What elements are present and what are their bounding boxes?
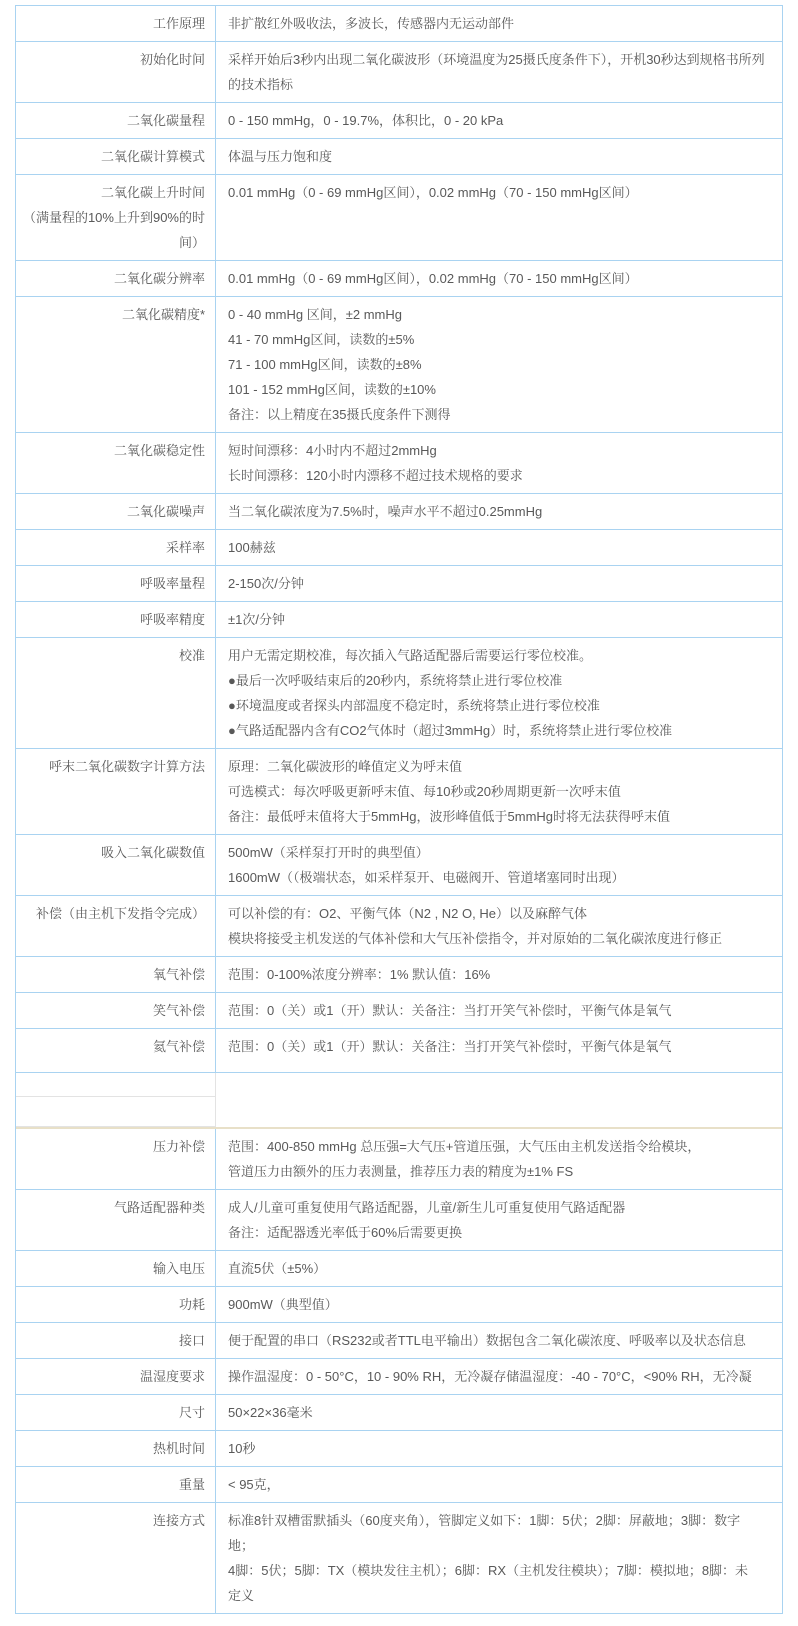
spec-row: 氦气补偿范围：0（关）或1（开）默认：关备注：当打开笑气补偿时，平衡气体是氧气 [16,1029,782,1073]
spec-value-cell: 用户无需定期校准，每次插入气路适配器后需要运行零位校准。●最后一次呼吸结束后的2… [216,638,782,748]
spec-label-cell: 初始化时间 [16,42,216,102]
spec-value-line: 标准8针双槽雷默插头（60度夹角），管脚定义如下：1脚：5伏；2脚：屏蔽地；3脚… [228,1508,774,1533]
spec-row: 压力补偿范围：400-850 mmHg 总压强=大气压+管道压强，大气压由主机发… [16,1128,782,1190]
spec-label-line: 初始化时间 [22,47,205,72]
spec-row: 呼吸率精度±1次/分钟 [16,602,782,638]
spec-value-line: 可以补偿的有：O2、平衡气体（N2 , N2 O, He）以及麻醉气体 [228,901,774,926]
spec-value-line: 备注：以上精度在35摄氏度条件下测得 [228,402,774,427]
spec-row: 二氧化碳上升时间（满量程的10%上升到90%的时间）0.01 mmHg（0 - … [16,175,782,261]
spec-label-line: 呼吸率精度 [22,607,205,632]
spec-label-line: 二氧化碳稳定性 [22,438,205,463]
spec-value-cell: 10秒 [216,1431,782,1466]
spec-label-cell: 温湿度要求 [16,1359,216,1394]
spec-row: 采样率100赫兹 [16,530,782,566]
spec-value-line: 范围：400-850 mmHg 总压强=大气压+管道压强，大气压由主机发送指令给… [228,1134,774,1159]
spec-value-line: 非扩散红外吸收法，多波长，传感器内无运动部件 [228,11,774,36]
spec-label-line: 压力补偿 [22,1134,205,1159]
spec-row: 尺寸50×22×36毫米 [16,1395,782,1431]
spec-row: 补偿（由主机下发指令完成）可以补偿的有：O2、平衡气体（N2 , N2 O, H… [16,896,782,957]
spec-value-cell: 非扩散红外吸收法，多波长，传感器内无运动部件 [216,6,782,41]
spec-row: 呼吸率量程2-150次/分钟 [16,566,782,602]
spec-value-cell: 采样开始后3秒内出现二氧化碳波形（环境温度为25摄氏度条件下），开机30秒达到规… [216,42,782,102]
spec-value-cell: 原理：二氧化碳波形的峰值定义为呼末值可选模式：每次呼吸更新呼末值、每10秒或20… [216,749,782,834]
spec-label-cell: 校准 [16,638,216,748]
spec-value-line: 成人/儿童可重复使用气路适配器，儿童/新生儿可重复使用气路适配器 [228,1195,774,1220]
spec-label-line: 间） [22,230,205,255]
spec-value-line: 当二氧化碳浓度为7.5%时，噪声水平不超过0.25mmHg [228,499,774,524]
spec-label-line: 输入电压 [22,1256,205,1281]
spec-value-line: 采样开始后3秒内出现二氧化碳波形（环境温度为25摄氏度条件下），开机30秒达到规… [228,47,774,72]
spec-value-line: 备注：适配器透光率低于60%后需要更换 [228,1220,774,1245]
spec-value-cell: 范围：0-100%浓度分辨率：1% 默认值：16% [216,957,782,992]
empty-gap-row [16,1073,782,1128]
spec-value-line: 50×22×36毫米 [228,1400,774,1425]
spec-label-line: 校准 [22,643,205,668]
spec-value-line: ●最后一次呼吸结束后的20秒内，系统将禁止进行零位校准 [228,668,774,693]
spec-label-line: 尺寸 [22,1400,205,1425]
spec-label-line: 工作原理 [22,11,205,36]
spec-value-line: 500mW（采样泵打开时的典型值） [228,840,774,865]
spec-row: 热机时间10秒 [16,1431,782,1467]
spec-value-cell: 50×22×36毫米 [216,1395,782,1430]
spec-row: 温湿度要求操作温湿度：0 - 50°C，10 - 90% RH，无冷凝存储温湿度… [16,1359,782,1395]
spec-row: 二氧化碳计算模式体温与压力饱和度 [16,139,782,175]
spec-label-cell: 氦气补偿 [16,1029,216,1072]
spec-value-cell: 便于配置的串口（RS232或者TTL电平输出）数据包含二氧化碳浓度、呼吸率以及状… [216,1323,782,1358]
spec-row: 氧气补偿范围：0-100%浓度分辨率：1% 默认值：16% [16,957,782,993]
spec-label-cell: 呼末二氧化碳数字计算方法 [16,749,216,834]
spec-label-cell: 二氧化碳计算模式 [16,139,216,174]
spec-value-cell: 成人/儿童可重复使用气路适配器，儿童/新生儿可重复使用气路适配器备注：适配器透光… [216,1190,782,1250]
spec-label-line: 二氧化碳噪声 [22,499,205,524]
spec-label-cell: 重量 [16,1467,216,1502]
spec-row: 呼末二氧化碳数字计算方法原理：二氧化碳波形的峰值定义为呼末值可选模式：每次呼吸更… [16,749,782,835]
spec-label-line: 二氧化碳量程 [22,108,205,133]
spec-label-line: 气路适配器种类 [22,1195,205,1220]
spec-label-cell: 热机时间 [16,1431,216,1466]
spec-value-line: 的技术指标 [228,72,774,97]
spec-value-cell: 直流5伏（±5%） [216,1251,782,1286]
spec-value-cell: 0 - 150 mmHg，0 - 19.7%，体积比，0 - 20 kPa [216,103,782,138]
spec-label-cell: 采样率 [16,530,216,565]
spec-label-line: 氦气补偿 [22,1034,205,1059]
spec-value-cell: 100赫兹 [216,530,782,565]
spec-row: 笑气补偿范围：0（关）或1（开）默认：关备注：当打开笑气补偿时，平衡气体是氧气 [16,993,782,1029]
spec-label-line: 呼末二氧化碳数字计算方法 [22,754,205,779]
spec-label-line: 二氧化碳分辨率 [22,266,205,291]
spec-value-line: 1600mW（（极端状态，如采样泵开、电磁阀开、管道堵塞同时出现） [228,865,774,890]
spec-row: 初始化时间采样开始后3秒内出现二氧化碳波形（环境温度为25摄氏度条件下），开机3… [16,42,782,103]
spec-row: 连接方式标准8针双槽雷默插头（60度夹角），管脚定义如下：1脚：5伏；2脚：屏蔽… [16,1503,782,1613]
spec-value-cell: 2-150次/分钟 [216,566,782,601]
spec-row: 工作原理非扩散红外吸收法，多波长，传感器内无运动部件 [16,6,782,42]
spec-value-line: 范围：0-100%浓度分辨率：1% 默认值：16% [228,962,774,987]
spec-label-line: 采样率 [22,535,205,560]
spec-row: 接口便于配置的串口（RS232或者TTL电平输出）数据包含二氧化碳浓度、呼吸率以… [16,1323,782,1359]
spec-label-cell: 呼吸率精度 [16,602,216,637]
spec-value-line: ●气路适配器内含有CO2气体时（超过3mmHg）时，系统将禁止进行零位校准 [228,718,774,743]
spec-value-line: 操作温湿度：0 - 50°C，10 - 90% RH，无冷凝存储温湿度：-40 … [228,1364,774,1389]
spec-label-cell: 吸入二氧化碳数值 [16,835,216,895]
spec-label-line: 笑气补偿 [22,998,205,1023]
spec-value-line: 范围：0（关）或1（开）默认：关备注：当打开笑气补偿时，平衡气体是氧气 [228,998,774,1023]
spec-value-cell: 操作温湿度：0 - 50°C，10 - 90% RH，无冷凝存储温湿度：-40 … [216,1359,782,1394]
spec-label-cell: 呼吸率量程 [16,566,216,601]
spec-value-cell: ±1次/分钟 [216,602,782,637]
spec-value-cell: 体温与压力饱和度 [216,139,782,174]
spec-value-cell: 标准8针双槽雷默插头（60度夹角），管脚定义如下：1脚：5伏；2脚：屏蔽地；3脚… [216,1503,782,1613]
spec-value-cell: 0.01 mmHg（0 - 69 mmHg区间），0.02 mmHg（70 - … [216,261,782,296]
spec-value-line: 2-150次/分钟 [228,571,774,596]
spec-label-cell: 压力补偿 [16,1129,216,1189]
empty-gap-left-cell [16,1073,216,1127]
spec-value-line: 地； [228,1533,774,1558]
spec-label-line: 功耗 [22,1292,205,1317]
spec-value-line: 71 - 100 mmHg区间，读数的±8% [228,352,774,377]
spec-value-line: 100赫兹 [228,535,774,560]
spec-label-cell: 气路适配器种类 [16,1190,216,1250]
spec-value-cell: 900mW（典型值） [216,1287,782,1322]
spec-label-line: 二氧化碳上升时间 [22,180,205,205]
spec-value-line: 短时间漂移：4小时内不超过2mmHg [228,438,774,463]
spec-row: 二氧化碳稳定性短时间漂移：4小时内不超过2mmHg长时间漂移：120小时内漂移不… [16,433,782,494]
spec-value-cell: 范围：400-850 mmHg 总压强=大气压+管道压强，大气压由主机发送指令给… [216,1129,782,1189]
spec-label-cell: 连接方式 [16,1503,216,1613]
spec-row: 功耗900mW（典型值） [16,1287,782,1323]
spec-value-line: 原理：二氧化碳波形的峰值定义为呼末值 [228,754,774,779]
spec-label-cell: 功耗 [16,1287,216,1322]
spec-value-line: 10秒 [228,1436,774,1461]
spec-label-line: 呼吸率量程 [22,571,205,596]
spec-label-cell: 二氧化碳精度* [16,297,216,432]
spec-value-line: 900mW（典型值） [228,1292,774,1317]
spec-value-line: 范围：0（关）或1（开）默认：关备注：当打开笑气补偿时，平衡气体是氧气 [228,1034,774,1059]
spec-label-cell: 输入电压 [16,1251,216,1286]
spec-value-line: 备注：最低呼末值将大于5mmHg，波形峰值低于5mmHg时将无法获得呼末值 [228,804,774,829]
spec-label-line: 连接方式 [22,1508,205,1533]
spec-value-cell: 可以补偿的有：O2、平衡气体（N2 , N2 O, He）以及麻醉气体模块将接受… [216,896,782,956]
spec-value-cell: 短时间漂移：4小时内不超过2mmHg长时间漂移：120小时内漂移不超过技术规格的… [216,433,782,493]
spec-value-line: 0.01 mmHg（0 - 69 mmHg区间），0.02 mmHg（70 - … [228,180,774,205]
spec-label-line: 吸入二氧化碳数值 [22,840,205,865]
spec-value-line: 0 - 40 mmHg 区间，±2 mmHg [228,302,774,327]
spec-value-cell: 500mW（采样泵打开时的典型值）1600mW（（极端状态，如采样泵开、电磁阀开… [216,835,782,895]
spec-row: 气路适配器种类成人/儿童可重复使用气路适配器，儿童/新生儿可重复使用气路适配器备… [16,1190,782,1251]
spec-value-line: 0.01 mmHg（0 - 69 mmHg区间），0.02 mmHg（70 - … [228,266,774,291]
spec-value-line: 定义 [228,1583,774,1608]
spec-value-line: 模块将接受主机发送的气体补偿和大气压补偿指令，并对原始的二氧化碳浓度进行修正 [228,926,774,951]
spec-label-cell: 二氧化碳上升时间（满量程的10%上升到90%的时间） [16,175,216,260]
spec-row: 二氧化碳分辨率0.01 mmHg（0 - 69 mmHg区间），0.02 mmH… [16,261,782,297]
spec-label-cell: 尺寸 [16,1395,216,1430]
spec-label-cell: 二氧化碳分辨率 [16,261,216,296]
spec-row: 二氧化碳噪声当二氧化碳浓度为7.5%时，噪声水平不超过0.25mmHg [16,494,782,530]
spec-label-cell: 工作原理 [16,6,216,41]
spec-value-line: 41 - 70 mmHg区间，读数的±5% [228,327,774,352]
spec-value-line: 用户无需定期校准，每次插入气路适配器后需要运行零位校准。 [228,643,774,668]
spec-label-cell: 二氧化碳稳定性 [16,433,216,493]
spec-label-line: 温湿度要求 [22,1364,205,1389]
spec-row: 校准用户无需定期校准，每次插入气路适配器后需要运行零位校准。●最后一次呼吸结束后… [16,638,782,749]
spec-value-line: 长时间漂移：120小时内漂移不超过技术规格的要求 [228,463,774,488]
spec-value-line: 101 - 152 mmHg区间，读数的±10% [228,377,774,402]
spec-value-line: 管道压力由额外的压力表测量，推荐压力表的精度为±1% FS [228,1159,774,1184]
spec-label-cell: 补偿（由主机下发指令完成） [16,896,216,956]
spec-label-line: 接口 [22,1328,205,1353]
spec-label-cell: 氧气补偿 [16,957,216,992]
spec-label-line: 二氧化碳精度* [22,302,205,327]
spec-label-line: 二氧化碳计算模式 [22,144,205,169]
spec-value-line: ●环境温度或者探头内部温度不稳定时，系统将禁止进行零位校准 [228,693,774,718]
spec-value-cell: 范围：0（关）或1（开）默认：关备注：当打开笑气补偿时，平衡气体是氧气 [216,993,782,1028]
spec-label-line: （满量程的10%上升到90%的时 [22,205,205,230]
spec-label-cell: 二氧化碳噪声 [16,494,216,529]
spec-label-cell: 接口 [16,1323,216,1358]
spec-value-line: 0 - 150 mmHg，0 - 19.7%，体积比，0 - 20 kPa [228,108,774,133]
spec-label-line: 补偿（由主机下发指令完成） [22,901,205,926]
spec-row: 重量< 95克， [16,1467,782,1503]
spec-value-line: < 95克， [228,1472,774,1497]
spec-label-cell: 笑气补偿 [16,993,216,1028]
spec-value-line: 直流5伏（±5%） [228,1256,774,1281]
spec-label-line: 重量 [22,1472,205,1497]
spec-row: 输入电压直流5伏（±5%） [16,1251,782,1287]
spec-value-cell: < 95克， [216,1467,782,1502]
spec-value-line: 可选模式：每次呼吸更新呼末值、每10秒或20秒周期更新一次呼末值 [228,779,774,804]
spec-label-line: 热机时间 [22,1436,205,1461]
spec-value-line: 体温与压力饱和度 [228,144,774,169]
spec-row: 吸入二氧化碳数值500mW（采样泵打开时的典型值）1600mW（（极端状态，如采… [16,835,782,896]
spec-row: 二氧化碳精度*0 - 40 mmHg 区间，±2 mmHg41 - 70 mmH… [16,297,782,433]
spec-row: 二氧化碳量程0 - 150 mmHg，0 - 19.7%，体积比，0 - 20 … [16,103,782,139]
spec-value-line: 便于配置的串口（RS232或者TTL电平输出）数据包含二氧化碳浓度、呼吸率以及状… [228,1328,774,1353]
spec-value-cell: 范围：0（关）或1（开）默认：关备注：当打开笑气补偿时，平衡气体是氧气 [216,1029,782,1072]
spec-table: 工作原理非扩散红外吸收法，多波长，传感器内无运动部件初始化时间采样开始后3秒内出… [15,5,783,1614]
spec-value-line: ±1次/分钟 [228,607,774,632]
spec-value-cell: 0.01 mmHg（0 - 69 mmHg区间），0.02 mmHg（70 - … [216,175,782,260]
empty-gap-divider [16,1096,215,1097]
spec-value-line: 4脚：5伏；5脚：TX（模块发往主机）；6脚：RX（主机发往模块）；7脚：模拟地… [228,1558,774,1583]
spec-label-cell: 二氧化碳量程 [16,103,216,138]
spec-value-cell: 当二氧化碳浓度为7.5%时，噪声水平不超过0.25mmHg [216,494,782,529]
spec-value-cell: 0 - 40 mmHg 区间，±2 mmHg41 - 70 mmHg区间，读数的… [216,297,782,432]
spec-label-line: 氧气补偿 [22,962,205,987]
